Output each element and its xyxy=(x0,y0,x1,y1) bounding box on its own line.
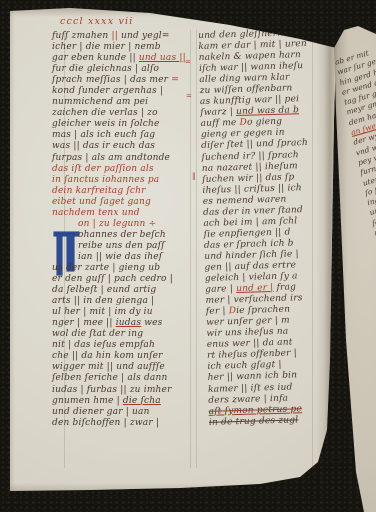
manuscript-line: reibe uns den paſſ xyxy=(52,241,194,252)
manuscript-line: arts || in den gienga | xyxy=(52,296,194,307)
main-page: cccl xxxx vii = = ‖ fuſſ zmahen || und y… xyxy=(8,6,338,492)
manuscript-line: furpas | als am andtonde xyxy=(52,153,194,164)
manuscript-line: da ſelbeſt | eund artig xyxy=(52,285,194,296)
manuscript-line: gar eben kunde || und uas || xyxy=(52,53,194,64)
manuscript-line: zaichen die verlas | zo xyxy=(52,108,194,119)
manuscript-line: ian || wie das iheſ xyxy=(52,252,194,263)
manuscript-line: nummichend am pei xyxy=(52,97,194,108)
manuscript-line: und diener gar | uan xyxy=(52,407,194,418)
manuscript-line: gnumen hme | die ſcha xyxy=(52,396,194,407)
manuscript-line: nger | mee || iudas wes xyxy=(52,318,194,329)
manuscript-photo: cccl xxxx vii = = ‖ fuſſ zmahen || und y… xyxy=(0,0,376,512)
facing-page-text: ab er mitwar ſur gehin gerd heer wend di… xyxy=(334,28,376,410)
text-column-left: fuſſ zmahen || und yegl=icher | die mier… xyxy=(52,31,194,429)
manuscript-line: fuſſ zmahen || und yegl= xyxy=(52,31,194,42)
manuscript-line: gleicher weis in ſolche xyxy=(52,119,194,130)
ruling-line xyxy=(196,30,197,468)
text-column-right: und den gleſſnern dekam er dar | mit | u… xyxy=(198,27,359,429)
manuscript-line: er den guſſ | pach cedro | xyxy=(52,274,194,285)
manuscript-line: nit | das ieſus empfah xyxy=(52,340,194,351)
manuscript-line: on | zu legunn ÷ xyxy=(52,219,194,230)
manuscript-line: mas | als ich euch ſag xyxy=(52,130,194,141)
chapter-heading: cccl xxxx vii xyxy=(60,16,134,27)
manuscript-line: icher | die mier | nemb xyxy=(52,42,194,53)
manuscript-line: den biſchoffen | zwar | xyxy=(52,418,194,429)
manuscript-line: ſelben ſeriche | als dann xyxy=(52,373,194,384)
manuscript-line: eibet und ſaget gang xyxy=(52,197,194,208)
manuscript-line: dein karfreitag ſchr xyxy=(52,186,194,197)
manuscript-line: ohannes der beſch xyxy=(52,230,194,241)
manuscript-line: wigger mit || und auffſe xyxy=(52,362,194,373)
manuscript-line: che || da hin kom unſer xyxy=(52,351,194,362)
manuscript-line: wol die ſtat der ing xyxy=(52,329,194,340)
manuscript-line: ſprach meſſias | das mer = xyxy=(52,75,194,86)
manuscript-line: was || das ir euch das xyxy=(52,141,194,152)
manuscript-line: das iſt der paſſion als xyxy=(52,164,194,175)
manuscript-line: kond ſunder argenhas | xyxy=(52,86,194,97)
manuscript-line: iudas | furbas || zu imher xyxy=(52,385,194,396)
manuscript-line: fur die gleichnas | alſo xyxy=(52,64,194,75)
manuscript-line: nachdem tenx und xyxy=(52,208,194,219)
manuscript-line: us der zarte | gieng ub xyxy=(52,263,194,274)
manuscript-line: in ſanctus iohannes pa xyxy=(52,175,194,186)
manuscript-line: ul her | mit | im dy iu xyxy=(52,307,194,318)
